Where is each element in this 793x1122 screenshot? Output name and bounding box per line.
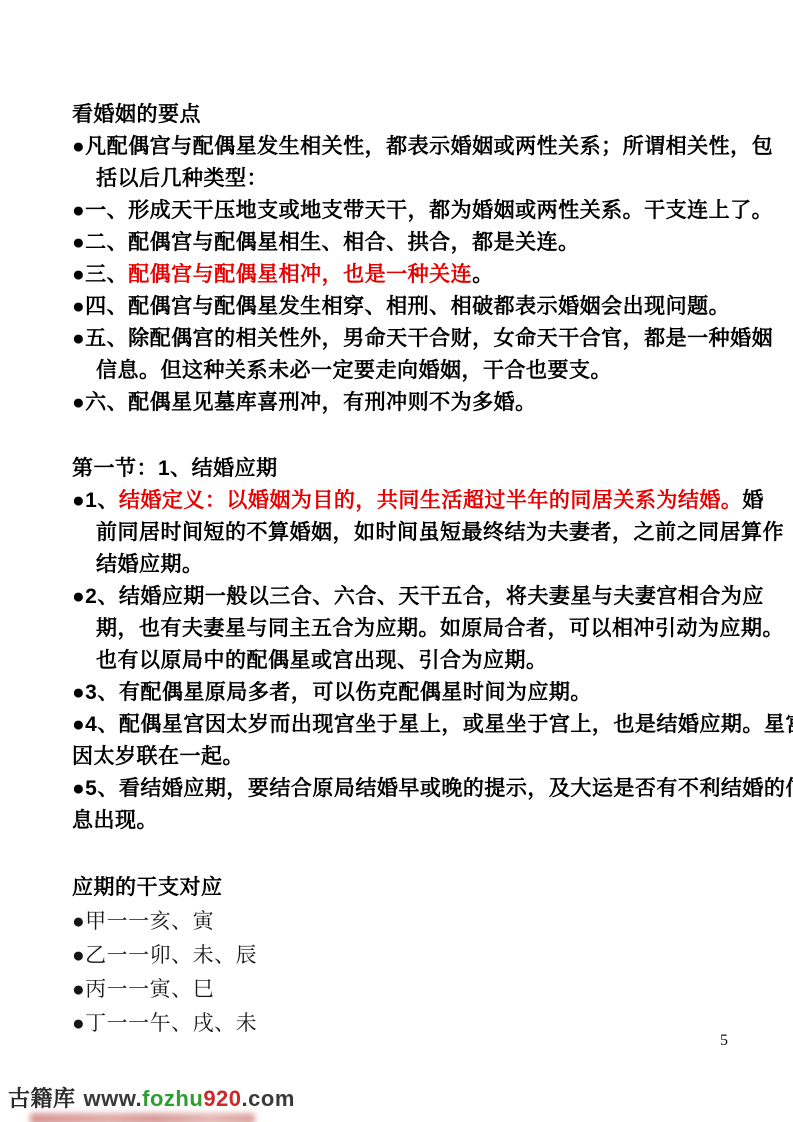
- text-line: ●三、配偶宫与配偶星相冲，也是一种关连。: [72, 259, 765, 291]
- body-text: ●3、有配偶星原局多者，可以伤克配偶星时间为应期。: [72, 681, 592, 704]
- text-line: 也有以原局中的配偶星或宫出现、引合为应期。: [72, 645, 765, 677]
- body-text: 息出现。: [72, 809, 158, 832]
- body-text: ●1、: [72, 489, 119, 512]
- watermark-url-www: www.: [84, 1086, 143, 1111]
- text-line: 结婚应期。: [72, 549, 765, 581]
- document-body: 看婚姻的要点●凡配偶宫与配偶星发生相关性，都表示婚姻或两性关系；所谓相关性，包括…: [72, 99, 765, 1041]
- text-line: ●凡配偶宫与配偶星发生相关性，都表示婚姻或两性关系；所谓相关性，包: [72, 131, 765, 163]
- body-text: 婚: [742, 489, 764, 512]
- text-line: ●4、配偶星宫因太岁而出现宫坐于星上，或星坐于宫上，也是结婚应期。星宫: [72, 709, 765, 741]
- text-line: ●丙一一寅、巳: [72, 973, 765, 1007]
- text-line: ●1、结婚定义：以婚姻为目的，共同生活超过半年的同居关系为结婚。婚: [72, 485, 765, 517]
- text-line: 前同居时间短的不算婚姻，如时间虽短最终结为夫妻者，之前之同居算作: [72, 517, 765, 549]
- body-text: ●4、配偶星宫因太岁而出现宫坐于星上，或星坐于宫上，也是结婚应期。星宫: [72, 713, 793, 736]
- body-text: ●一、形成天干压地支或地支带天干，都为婚姻或两性关系。干支连上了。: [72, 199, 773, 222]
- text-line: ●3、有配偶星原局多者，可以伤克配偶星时间为应期。: [72, 677, 765, 709]
- section-title: 应期的干支对应: [72, 871, 765, 905]
- blank-line: [72, 419, 765, 453]
- text-line: ●六、配偶星见墓库喜刑冲，有刑冲则不为多婚。: [72, 387, 765, 419]
- body-text: 前同居时间短的不算婚姻，如时间虽短最终结为夫妻者，之前之同居算作: [96, 521, 784, 544]
- body-text: ●5、看结婚应期，要结合原局结婚早或晚的提示，及大运是否有不利结婚的信: [72, 777, 793, 800]
- body-text: 因太岁联在一起。: [72, 745, 244, 768]
- body-text: ●丙一一寅、巳: [72, 978, 214, 1001]
- text-line: 期，也有夫妻星与同主五合为应期。如原局合者，可以相冲引动为应期。: [72, 613, 765, 645]
- body-text: ●三、: [72, 263, 128, 286]
- body-text: ●乙一一卯、未、辰: [72, 944, 257, 967]
- text-line: ●甲一一亥、寅: [72, 905, 765, 939]
- page-number: 5: [712, 1032, 736, 1050]
- text-line: ●5、看结婚应期，要结合原局结婚早或晚的提示，及大运是否有不利结婚的信: [72, 773, 765, 805]
- body-text: 看婚姻的要点: [72, 103, 201, 126]
- watermark-url-number: 920: [203, 1086, 241, 1111]
- red-emphasis-text: 配偶宫与配偶星相冲，也是一种关连: [128, 263, 472, 286]
- watermark-clipped-echo: [30, 1113, 255, 1122]
- text-line: ●2、结婚应期一般以三合、六合、天干五合，将夫妻星与夫妻宫相合为应: [72, 581, 765, 613]
- body-text: ●四、配偶宫与配偶星发生相穿、相刑、相破都表示婚姻会出现问题。: [72, 295, 730, 318]
- text-line: 因太岁联在一起。: [72, 741, 765, 773]
- document-page: 看婚姻的要点●凡配偶宫与配偶星发生相关性，都表示婚姻或两性关系；所谓相关性，包括…: [0, 0, 793, 1122]
- body-text: 结婚应期。: [96, 553, 204, 576]
- body-text: 第一节：1、结婚应期: [72, 457, 278, 480]
- text-line: ●一、形成天干压地支或地支带天干，都为婚姻或两性关系。干支连上了。: [72, 195, 765, 227]
- body-text: 。: [472, 263, 494, 286]
- body-text: ●2、结婚应期一般以三合、六合、天干五合，将夫妻星与夫妻宫相合为应: [72, 585, 764, 608]
- text-line: ●二、配偶宫与配偶星相生、相合、拱合，都是关连。: [72, 227, 765, 259]
- body-text: 应期的干支对应: [72, 876, 223, 899]
- watermark-url-domain: fozhu: [142, 1086, 203, 1111]
- text-line: ●四、配偶宫与配偶星发生相穿、相刑、相破都表示婚姻会出现问题。: [72, 291, 765, 323]
- blank-line: [72, 837, 765, 871]
- red-emphasis-text: 结婚定义：以婚姻为目的，共同生活超过半年的同居关系为结婚。: [119, 489, 743, 512]
- body-text: ●甲一一亥、寅: [72, 910, 214, 933]
- body-text: ●五、除配偶宫的相关性外，男命天干合财，女命天干合官，都是一种婚姻: [72, 327, 773, 350]
- body-text: ●二、配偶宫与配偶星相生、相合、拱合，都是关连。: [72, 231, 580, 254]
- text-line: 息出现。: [72, 805, 765, 837]
- body-text: 信息。但这种关系未必一定要走向婚姻，干合也要支。: [96, 359, 612, 382]
- body-text: 括以后几种类型：: [96, 167, 268, 190]
- body-text: 期，也有夫妻星与同主五合为应期。如原局合者，可以相冲引动为应期。: [96, 617, 784, 640]
- section-title: 第一节：1、结婚应期: [72, 453, 765, 485]
- watermark-site-name: 古籍库: [8, 1086, 76, 1111]
- section-title: 看婚姻的要点: [72, 99, 765, 131]
- text-line: 括以后几种类型：: [72, 163, 765, 195]
- body-text: 也有以原局中的配偶星或宫出现、引合为应期。: [96, 649, 548, 672]
- site-watermark: 古籍库www.fozhu920.com: [8, 1082, 295, 1113]
- body-text: ●凡配偶宫与配偶星发生相关性，都表示婚姻或两性关系；所谓相关性，包: [72, 135, 773, 158]
- body-text: ●六、配偶星见墓库喜刑冲，有刑冲则不为多婚。: [72, 391, 537, 414]
- text-line: ●丁一一午、戌、未: [72, 1007, 765, 1041]
- body-text: ●丁一一午、戌、未: [72, 1012, 257, 1035]
- text-line: ●五、除配偶宫的相关性外，男命天干合财，女命天干合官，都是一种婚姻: [72, 323, 765, 355]
- text-line: 信息。但这种关系未必一定要走向婚姻，干合也要支。: [72, 355, 765, 387]
- text-line: ●乙一一卯、未、辰: [72, 939, 765, 973]
- watermark-url-tld: .com: [242, 1086, 295, 1111]
